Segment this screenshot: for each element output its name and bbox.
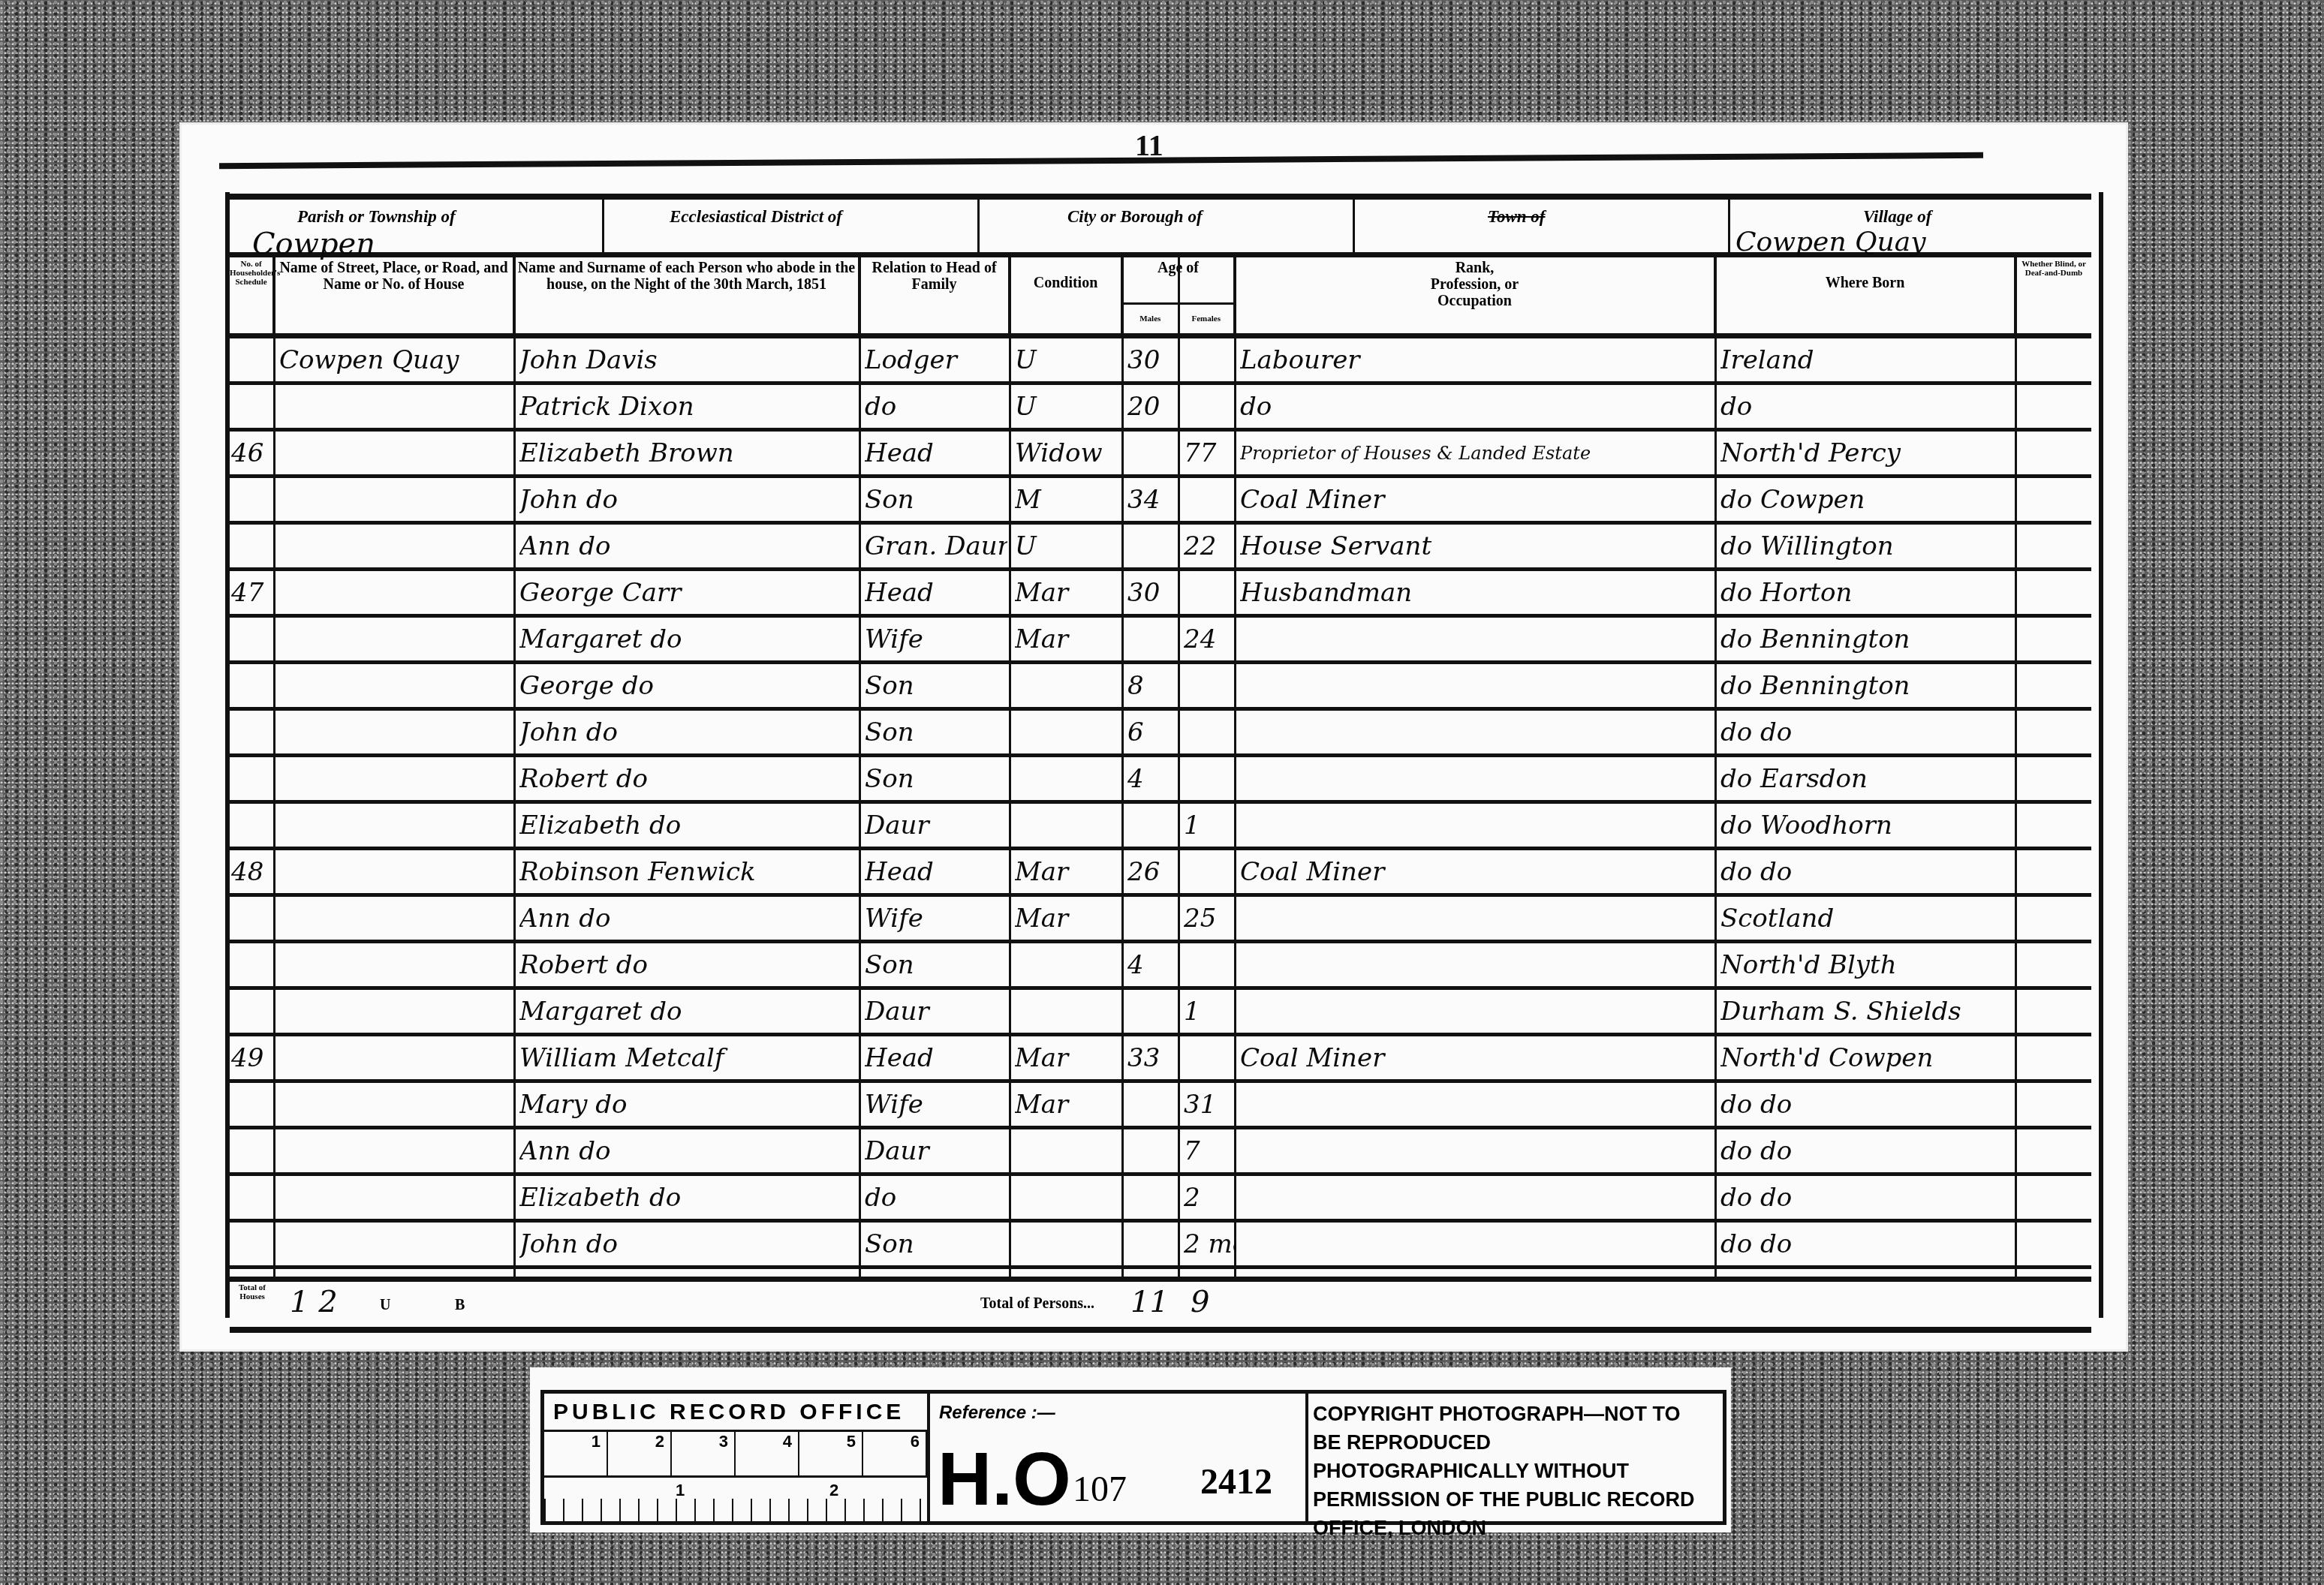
cell-condition (1015, 804, 1120, 847)
table-row: Patrick DixondoU20dodo (230, 385, 2091, 432)
cell-relation: Head (865, 850, 1007, 893)
cell-street (279, 990, 512, 1033)
table-row: Robert doSon4do Earsdon (230, 757, 2091, 804)
cell-occupation: Coal Miner (1240, 850, 1713, 893)
cell-condition: U (1015, 525, 1120, 567)
table-row: Margaret doDaur1Durham S. Shields (230, 990, 2091, 1036)
cell-street (279, 850, 512, 893)
cell-born: do Willington (1720, 525, 2013, 567)
cell-born: Durham S. Shields (1720, 990, 2013, 1033)
cell-relation: Daur (865, 804, 1007, 847)
cell-street (279, 1083, 512, 1126)
cell-name: Margaret do (519, 618, 857, 660)
cell-schedule (231, 664, 273, 707)
census-page: 11 Parish or Township of Cowpen Ecclesia… (182, 125, 2126, 1349)
cell-male (1127, 432, 1180, 474)
totals-row: Total of Houses 1 2 U B Total of Persons… (230, 1277, 2091, 1333)
cell-male: 30 (1127, 338, 1180, 381)
cell-street (279, 618, 512, 660)
cell-female: 1 (1184, 990, 1236, 1033)
cell-street (279, 1223, 512, 1265)
city-label: City or Borough of (1067, 207, 1203, 227)
cell-schedule (231, 525, 273, 567)
cell-female (1184, 571, 1236, 614)
table-row: John doSon6do do (230, 711, 2091, 757)
cell-schedule (231, 1129, 273, 1172)
cell-street (279, 478, 512, 521)
cell-relation: Gran. Daur (865, 525, 1007, 567)
cell-relation: do (865, 1176, 1007, 1219)
cell-female: 77 (1184, 432, 1236, 474)
cell-condition (1015, 1223, 1120, 1265)
cell-occupation (1240, 1083, 1713, 1126)
town-label: Town of (1488, 207, 1545, 227)
cell-relation: Son (865, 943, 1007, 986)
scale-tick: 2 (608, 1432, 672, 1475)
cell-relation: Son (865, 711, 1007, 753)
cell-born: do do (1720, 1129, 2013, 1172)
cell-name: Ann do (519, 897, 857, 940)
cell-street (279, 757, 512, 800)
col-name: Name and Surname of each Person who abod… (515, 252, 860, 333)
cell-female (1184, 711, 1236, 753)
cell-female (1184, 338, 1236, 381)
cell-occupation (1240, 618, 1713, 660)
cell-name: Elizabeth do (519, 804, 857, 847)
table-row: George doSon8do Bennington (230, 664, 2091, 711)
cell-street (279, 432, 512, 474)
cell-female (1184, 664, 1236, 707)
cell-occupation (1240, 804, 1713, 847)
cell-male: 30 (1127, 571, 1180, 614)
cell-born: do do (1720, 1083, 2013, 1126)
cell-occupation: Proprietor of Houses & Landed Estate (1240, 432, 1713, 474)
cell-occupation (1240, 1223, 1713, 1265)
cell-schedule (231, 1176, 273, 1219)
cell-condition (1015, 664, 1120, 707)
total-persons-label: Total of Persons... (980, 1295, 1094, 1313)
column-header: No. of Householder's Schedule Name of St… (230, 252, 2091, 338)
cell-occupation: Husbandman (1240, 571, 1713, 614)
reference-label: Reference :— (939, 1403, 1055, 1424)
cell-born: North'd Blyth (1720, 943, 2013, 986)
cell-born: do do (1720, 1223, 2013, 1265)
cell-condition (1015, 1129, 1120, 1172)
cell-born: North'd Cowpen (1720, 1036, 2013, 1079)
total-males: 11 (1130, 1285, 1169, 1319)
cell-relation: Daur (865, 990, 1007, 1033)
cell-occupation (1240, 664, 1713, 707)
cell-condition (1015, 943, 1120, 986)
scale-tick: 5 (799, 1432, 863, 1475)
reference-piece: 107 (1073, 1469, 1127, 1510)
cell-condition: Mar (1015, 571, 1120, 614)
cell-schedule (231, 618, 273, 660)
cell-relation: Wife (865, 1083, 1007, 1126)
cell-condition: Mar (1015, 850, 1120, 893)
table-row: Ann doDaur7do do (230, 1129, 2091, 1176)
cell-condition: U (1015, 338, 1120, 381)
cell-male (1127, 525, 1180, 567)
cell-schedule (231, 897, 273, 940)
cell-schedule (231, 1083, 273, 1126)
cell-street (279, 1129, 512, 1172)
cell-street (279, 385, 512, 428)
cell-female: 31 (1184, 1083, 1236, 1126)
scale-tick: 6 (863, 1432, 927, 1475)
cell-condition: M (1015, 478, 1120, 521)
cell-street (279, 943, 512, 986)
cell-schedule: 46 (231, 432, 273, 474)
table-row: 46Elizabeth BrownHeadWidow77Proprietor o… (230, 432, 2091, 478)
cell-name: Elizabeth do (519, 1176, 857, 1219)
cell-schedule (231, 804, 273, 847)
cell-schedule: 49 (231, 1036, 273, 1079)
cell-schedule: 47 (231, 571, 273, 614)
cell-street (279, 664, 512, 707)
total-houses-label: Total of Houses (231, 1283, 273, 1301)
cell-male (1127, 804, 1180, 847)
cell-street: Cowpen Quay (279, 338, 512, 381)
cell-name: John do (519, 711, 857, 753)
table-row: Ann doWifeMar25Scotland (230, 897, 2091, 943)
cell-occupation: Coal Miner (1240, 478, 1713, 521)
office-name: PUBLIC RECORD OFFICE (553, 1400, 905, 1425)
cell-condition: Mar (1015, 1036, 1120, 1079)
cell-male (1127, 897, 1180, 940)
cell-born: do (1720, 385, 2013, 428)
scale-tick: 1 (544, 1432, 608, 1475)
village-cell: Village of Cowpen Quay (1728, 200, 2091, 252)
table-row: John doSonM34Coal Minerdo Cowpen (230, 478, 2091, 525)
cell-schedule (231, 338, 273, 381)
cell-born: North'd Percy (1720, 432, 2013, 474)
cell-female (1184, 1036, 1236, 1079)
cell-male: 8 (1127, 664, 1180, 707)
cell-occupation (1240, 943, 1713, 986)
cell-born: do Bennington (1720, 664, 2013, 707)
cell-occupation (1240, 1176, 1713, 1219)
cell-condition: Mar (1015, 618, 1120, 660)
cell-schedule (231, 943, 273, 986)
total-houses-b: B (455, 1297, 465, 1314)
cell-male: 4 (1127, 943, 1180, 986)
cell-female (1184, 385, 1236, 428)
cell-male (1127, 990, 1180, 1033)
location-header: Parish or Township of Cowpen Ecclesiasti… (230, 194, 2091, 257)
cell-male: 34 (1127, 478, 1180, 521)
cell-name: John Davis (519, 338, 857, 381)
cell-occupation (1240, 711, 1713, 753)
cell-female: 2 (1184, 1176, 1236, 1219)
scale-tick: 1 (676, 1481, 685, 1500)
table-row: Margaret doWifeMar24do Bennington (230, 618, 2091, 664)
cell-relation: Son (865, 757, 1007, 800)
cell-street (279, 571, 512, 614)
cell-name: George Carr (519, 571, 857, 614)
cell-relation: Son (865, 478, 1007, 521)
cell-name: Robert do (519, 943, 857, 986)
scale-tick: 4 (736, 1432, 799, 1475)
city-cell: City or Borough of (977, 200, 1355, 252)
cell-schedule: 48 (231, 850, 273, 893)
cell-name: William Metcalf (519, 1036, 857, 1079)
cell-relation: Wife (865, 897, 1007, 940)
table-row: Elizabeth doDaur1do Woodhorn (230, 804, 2091, 850)
cell-female: 7 (1184, 1129, 1236, 1172)
cell-female (1184, 478, 1236, 521)
cell-female: 22 (1184, 525, 1236, 567)
cell-male: 6 (1127, 711, 1180, 753)
col-age-males: Males (1123, 305, 1179, 333)
cell-born: do do (1720, 850, 2013, 893)
total-houses-value: 1 2 (290, 1285, 338, 1319)
cell-female: 2 mo (1184, 1223, 1236, 1265)
reference-folio: 2412 (1200, 1461, 1272, 1502)
cell-female: 1 (1184, 804, 1236, 847)
cell-male: 33 (1127, 1036, 1180, 1079)
cell-condition: Widow (1015, 432, 1120, 474)
cell-female (1184, 943, 1236, 986)
cell-occupation: Coal Miner (1240, 1036, 1713, 1079)
cell-street (279, 897, 512, 940)
ecclesiastical-cell: Ecclesiastical District of (602, 200, 980, 252)
cell-name: Robinson Fenwick (519, 850, 857, 893)
cell-female: 25 (1184, 897, 1236, 940)
office-scale-panel: PUBLIC RECORD OFFICE 1 2 3 4 5 6 1 2 (544, 1394, 930, 1521)
table-row: Ann doGran. DaurU22House Servantdo Willi… (230, 525, 2091, 571)
cell-occupation (1240, 1129, 1713, 1172)
cell-name: Mary do (519, 1083, 857, 1126)
col-age-females: Females (1179, 305, 1234, 333)
cell-relation: Son (865, 664, 1007, 707)
cell-relation: Head (865, 571, 1007, 614)
ecclesiastical-label: Ecclesiastical District of (670, 207, 842, 227)
cell-occupation (1240, 757, 1713, 800)
top-rule (219, 152, 1983, 169)
cell-male: 4 (1127, 757, 1180, 800)
table-row: Mary doWifeMar31do do (230, 1083, 2091, 1129)
cell-occupation: do (1240, 385, 1713, 428)
household-rows: Cowpen QuayJohn DavisLodgerU30LabourerIr… (230, 338, 2091, 1277)
cell-schedule (231, 990, 273, 1033)
cell-female (1184, 757, 1236, 800)
record-office-label: PUBLIC RECORD OFFICE 1 2 3 4 5 6 1 2 Ref… (530, 1367, 1731, 1532)
scale-ruler-top: 1 2 3 4 5 6 (544, 1430, 927, 1478)
col-relation: Relation to Head of Family (860, 252, 1010, 333)
cell-male: 20 (1127, 385, 1180, 428)
cell-condition: U (1015, 385, 1120, 428)
table-row: Robert doSon4North'd Blyth (230, 943, 2091, 990)
cell-relation: do (865, 385, 1007, 428)
cell-name: Ann do (519, 525, 857, 567)
col-condition: Condition (1010, 252, 1123, 333)
label-frame: PUBLIC RECORD OFFICE 1 2 3 4 5 6 1 2 Ref… (540, 1390, 1726, 1525)
cell-relation: Daur (865, 1129, 1007, 1172)
cell-name: Robert do (519, 757, 857, 800)
cell-condition (1015, 757, 1120, 800)
cell-relation: Lodger (865, 338, 1007, 381)
col-street: Name of Street, Place, or Road, and Name… (275, 252, 515, 333)
cell-schedule (231, 1223, 273, 1265)
cell-occupation (1240, 990, 1713, 1033)
cell-male (1127, 1129, 1180, 1172)
scale-ruler-bottom: 1 2 (544, 1476, 927, 1521)
cell-born: do Woodhorn (1720, 804, 2013, 847)
cell-name: John do (519, 478, 857, 521)
cell-male (1127, 1176, 1180, 1219)
cell-male (1127, 1083, 1180, 1126)
parish-cell: Parish or Township of Cowpen (230, 200, 604, 252)
cell-male (1127, 618, 1180, 660)
table-row: Cowpen QuayJohn DavisLodgerU30LabourerIr… (230, 338, 2091, 385)
cell-born: do Bennington (1720, 618, 2013, 660)
table-row: John doSon2 modo do (230, 1223, 2091, 1269)
cell-male (1127, 1223, 1180, 1265)
cell-condition: Mar (1015, 1083, 1120, 1126)
cell-name: Ann do (519, 1129, 857, 1172)
cell-schedule (231, 757, 273, 800)
cell-street (279, 1036, 512, 1079)
cell-relation: Head (865, 432, 1007, 474)
cell-street (279, 525, 512, 567)
cell-occupation (1240, 897, 1713, 940)
col-where-born: Where Born (1716, 252, 2016, 333)
total-houses-u: U (380, 1297, 390, 1314)
cell-condition: Mar (1015, 897, 1120, 940)
cell-name: Margaret do (519, 990, 857, 1033)
col-schedule: No. of Householder's Schedule (230, 252, 275, 333)
cell-schedule (231, 478, 273, 521)
cell-born: Ireland (1720, 338, 2013, 381)
table-row: Elizabeth dodo2do do (230, 1176, 2091, 1223)
cell-born: do Earsdon (1720, 757, 2013, 800)
cell-occupation: House Servant (1240, 525, 1713, 567)
scale-tick: 2 (829, 1481, 838, 1500)
cell-occupation: Labourer (1240, 338, 1713, 381)
town-cell: Town of (1353, 200, 1730, 252)
copyright-notice: COPYRIGHT PHOTOGRAPH—NOT TO BE REPRODUCE… (1313, 1400, 1711, 1542)
cell-schedule (231, 711, 273, 753)
reference-panel: Reference :— H.O 107 2412 (930, 1394, 1308, 1521)
cell-condition (1015, 711, 1120, 753)
scale-tick: 3 (672, 1432, 736, 1475)
cell-name: Elizabeth Brown (519, 432, 857, 474)
cell-female (1184, 850, 1236, 893)
cell-street (279, 1176, 512, 1219)
cell-relation: Wife (865, 618, 1007, 660)
cell-relation: Son (865, 1223, 1007, 1265)
cell-born: do do (1720, 1176, 2013, 1219)
cell-condition (1015, 990, 1120, 1033)
cell-name: George do (519, 664, 857, 707)
cell-name: Patrick Dixon (519, 385, 857, 428)
cell-born: do do (1720, 711, 2013, 753)
cell-condition (1015, 1176, 1120, 1219)
total-females: 9 (1191, 1285, 1209, 1319)
cell-schedule (231, 385, 273, 428)
col-blind: Whether Blind, or Deaf-and-Dumb (2016, 252, 2091, 333)
table-row: 48Robinson FenwickHeadMar26Coal Minerdo … (230, 850, 2091, 897)
cell-name: John do (519, 1223, 857, 1265)
cell-street (279, 711, 512, 753)
village-label: Village of (1863, 207, 1931, 227)
cell-street (279, 804, 512, 847)
cell-female: 24 (1184, 618, 1236, 660)
cell-relation: Head (865, 1036, 1007, 1079)
cell-born: do Cowpen (1720, 478, 2013, 521)
cell-born: do Horton (1720, 571, 2013, 614)
col-occupation: Rank, Profession, or Occupation (1236, 252, 1716, 333)
parish-label: Parish or Township of (297, 207, 456, 227)
cell-male: 26 (1127, 850, 1180, 893)
table-row: 49William MetcalfHeadMar33Coal MinerNort… (230, 1036, 2091, 1083)
table-row: 47George CarrHeadMar30Husbandmando Horto… (230, 571, 2091, 618)
reference-series: H.O (938, 1442, 1071, 1517)
cell-born: Scotland (1720, 897, 2013, 940)
